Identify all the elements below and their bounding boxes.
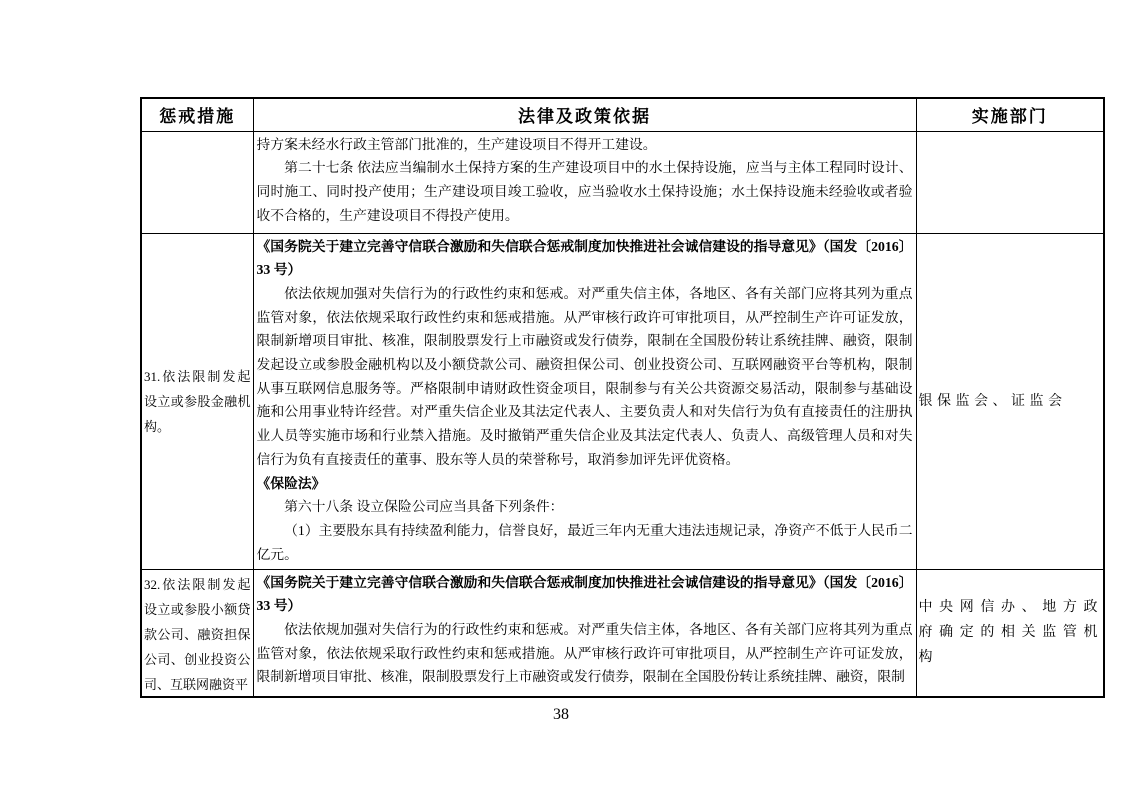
- table-header-row: 惩戒措施 法律及政策依据 实施部门: [141, 98, 1104, 131]
- cell-measure-31: 31.依法限制发起设立或参股金融机构。: [141, 233, 253, 569]
- table-row-measure-31: 31.依法限制发起设立或参股金融机构。 《国务院关于建立完善守信联合激励和失信联…: [141, 233, 1104, 569]
- legal-doc-title: 《国务院关于建立完善守信联合激励和失信联合惩戒制度加快推进社会诚信建设的指导意见…: [257, 235, 913, 282]
- legal-doc-title: 《国务院关于建立完善守信联合激励和失信联合惩戒制度加快推进社会诚信建设的指导意见…: [257, 571, 913, 618]
- legal-text-paragraph: 依法依规加强对失信行为的行政性约束和惩戒。对严重失信主体，各地区、各有关部门应将…: [257, 282, 913, 472]
- legal-text-article-27: 第二十七条 依法应当编制水土保持方案的生产建设项目中的水土保持设施，应当与主体工…: [257, 156, 913, 227]
- legal-text-item-1: （1）主要股东具有持续盈利能力，信誉良好，最近三年内无重大违法违规记录，净资产不…: [257, 519, 913, 566]
- cell-department-32: 中央网信办、地方政府确定的相关监管机构: [916, 569, 1104, 697]
- measure-32-text: 32.依法限制发起设立或参股小额贷款公司、融资担保公司、创业投资公司、互联网融资…: [144, 572, 251, 694]
- legal-text-article-68: 第六十八条 设立保险公司应当具备下列条件：: [257, 495, 913, 519]
- legal-basis-31-content: 《国务院关于建立完善守信联合激励和失信联合惩戒制度加快推进社会诚信建设的指导意见…: [257, 235, 913, 567]
- legal-basis-32-content: 《国务院关于建立完善守信联合激励和失信联合惩戒制度加快推进社会诚信建设的指导意见…: [257, 571, 913, 690]
- cell-measure-empty: [141, 131, 253, 233]
- cell-legal-basis-32: 《国务院关于建立完善守信联合激励和失信联合惩戒制度加快推进社会诚信建设的指导意见…: [253, 569, 916, 697]
- cell-department-31: 银保监会、证监会: [916, 233, 1104, 569]
- table-row-measure-32: 32.依法限制发起设立或参股小额贷款公司、融资担保公司、创业投资公司、互联网融资…: [141, 569, 1104, 697]
- legal-doc-title-insurance-law: 《保险法》: [257, 472, 913, 496]
- legal-text-line: 持方案未经水行政主管部门批准的，生产建设项目不得开工建设。: [257, 133, 913, 157]
- department-32-text: 中央网信办、地方政府确定的相关监管机构: [919, 595, 1103, 670]
- header-discipline-measures: 惩戒措施: [141, 98, 253, 131]
- header-legal-policy-basis: 法律及政策依据: [253, 98, 916, 131]
- cell-legal-basis: 持方案未经水行政主管部门批准的，生产建设项目不得开工建设。 第二十七条 依法应当…: [253, 131, 916, 233]
- cell-measure-32: 32.依法限制发起设立或参股小额贷款公司、融资担保公司、创业投资公司、互联网融资…: [141, 569, 253, 697]
- cell-legal-basis-31: 《国务院关于建立完善守信联合激励和失信联合惩戒制度加快推进社会诚信建设的指导意见…: [253, 233, 916, 569]
- page-number: 38: [0, 706, 1122, 724]
- measure-31-text: 31.依法限制发起设立或参股金融机构。: [144, 364, 251, 439]
- header-implementing-departments: 实施部门: [916, 98, 1104, 131]
- discipline-measures-table: 惩戒措施 法律及政策依据 实施部门 持方案未经水行政主管部门批准的，生产建设项目…: [140, 97, 1105, 698]
- department-31-text: 银保监会、证监会: [919, 389, 1103, 414]
- legal-text-paragraph: 依法依规加强对失信行为的行政性约束和惩戒。对严重失信主体，各地区、各有关部门应将…: [257, 618, 913, 689]
- cell-department-empty: [916, 131, 1104, 233]
- table-row-continuation: 持方案未经水行政主管部门批准的，生产建设项目不得开工建设。 第二十七条 依法应当…: [141, 131, 1104, 233]
